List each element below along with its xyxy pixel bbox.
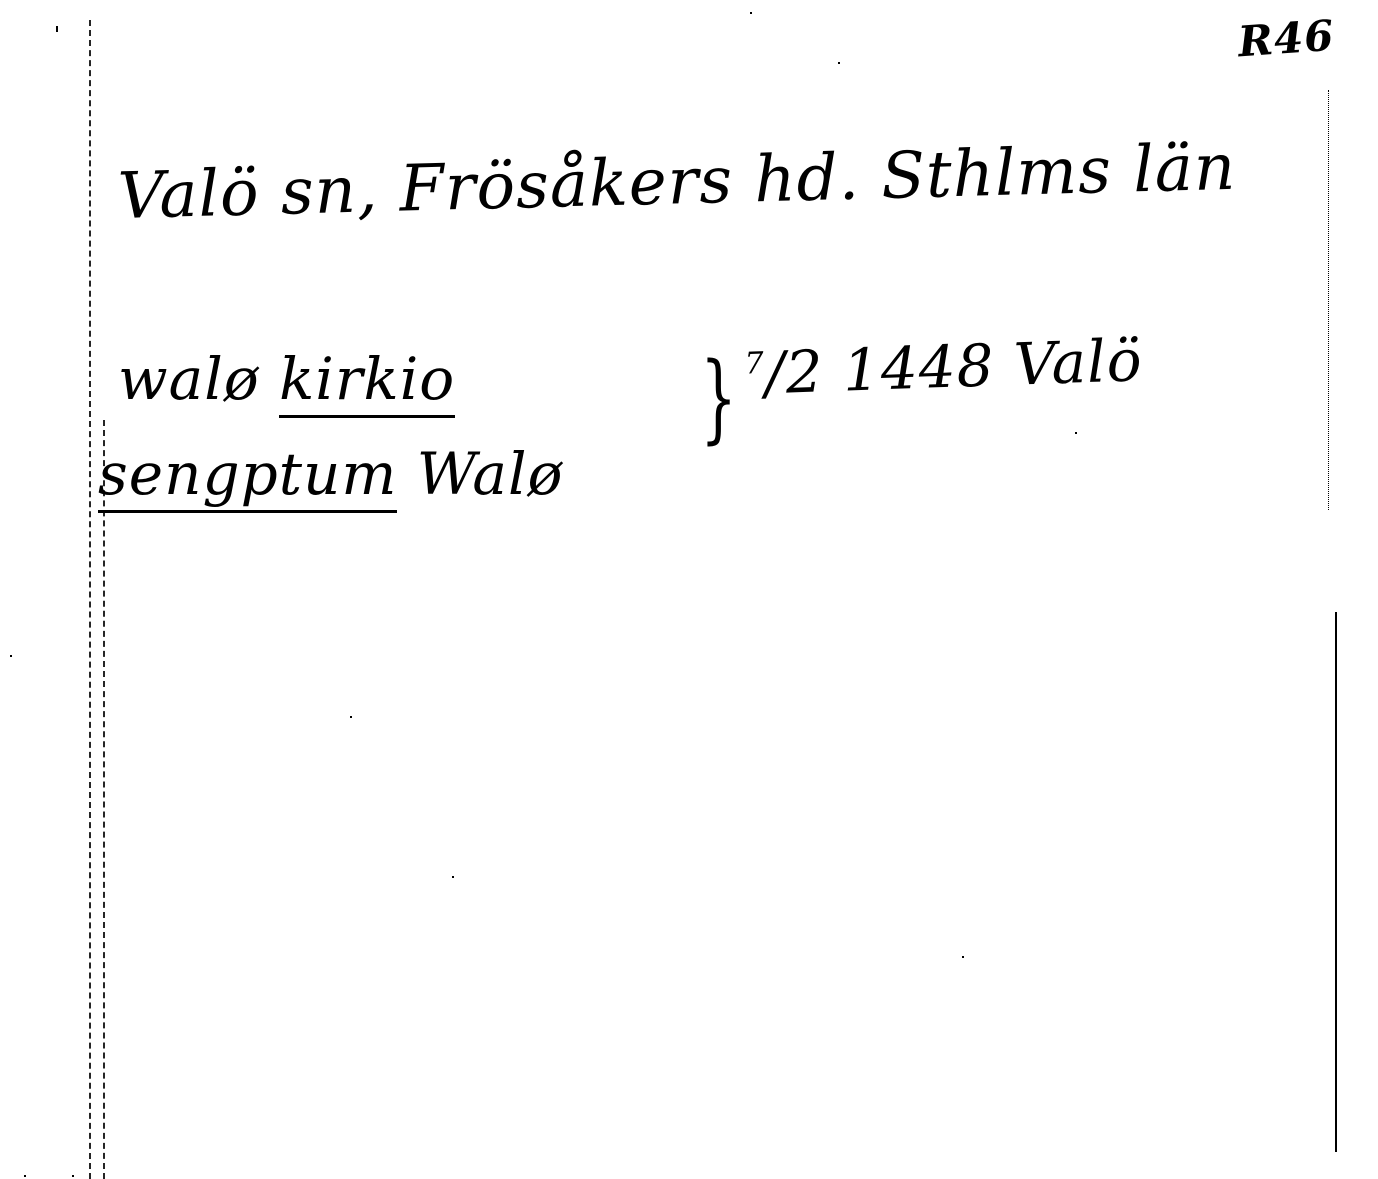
heading-line: Valö sn, Frösåkers hd. Sthlms län (117, 131, 1237, 234)
heading-county: Sthlms län (880, 131, 1237, 214)
scan-speck (10, 655, 12, 657)
form-line-1: walø kirkio (118, 345, 455, 413)
archive-card: R46 Valö sn, Frösåkers hd. Sthlms län wa… (0, 0, 1378, 1179)
heading-type: sn (280, 154, 358, 230)
form-2-word-2: Walø (417, 440, 564, 508)
card-left-edge (89, 20, 91, 1179)
form-line-2: sengptum Walø (98, 440, 563, 508)
scan-speck (24, 1175, 26, 1177)
date-day: 7 (744, 346, 765, 382)
heading-place: Valö (117, 156, 260, 234)
card-number: R46 (1236, 11, 1336, 67)
scan-speck (350, 716, 352, 718)
card-right-edge-dotted (1328, 90, 1329, 510)
form-1-word-2: kirkio (279, 345, 455, 418)
card-right-edge (1335, 612, 1337, 1152)
form-2-word-1: sengptum (98, 440, 397, 513)
year: 1448 (842, 331, 996, 404)
card-left-edge-inner (103, 420, 105, 1179)
source-citation: 7/2 1448 Valö (744, 326, 1144, 408)
heading-hundred: Frösåkers hd. (399, 141, 861, 227)
form-1-word-1: walø (118, 345, 260, 413)
source-place: Valö (1013, 326, 1144, 398)
scan-speck (452, 876, 454, 878)
scan-speck (750, 12, 752, 14)
scan-speck (72, 1175, 74, 1177)
date-month: 2 (784, 337, 824, 406)
grouping-brace: } (700, 350, 737, 446)
scan-speck (56, 26, 58, 32)
scan-speck (838, 62, 840, 64)
scan-speck (962, 956, 964, 958)
scan-speck (1075, 432, 1077, 434)
